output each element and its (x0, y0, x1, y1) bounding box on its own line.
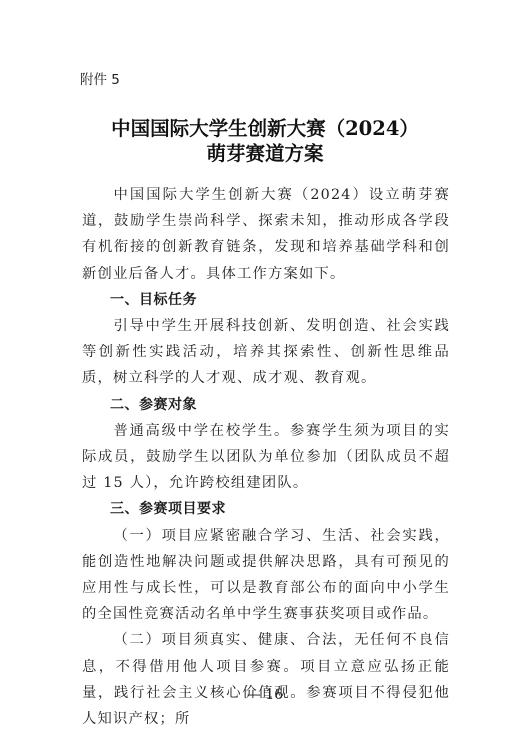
page-number: — 16 (0, 687, 530, 703)
section-paragraph: 引导中学生开展科技创新、发明创造、社会实践等创新性实践活动，培养其探索性、创新性… (82, 313, 450, 392)
document-body: 中国国际大学生创新大赛（2024）设立萌芽赛道，鼓励学生崇尚科学、探索未知，推动… (82, 182, 450, 732)
section-heading-participants: 二、参赛对象 (82, 392, 450, 418)
attachment-label: 附件 5 (80, 68, 120, 88)
intro-paragraph: 中国国际大学生创新大赛（2024）设立萌芽赛道，鼓励学生崇尚科学、探索未知，推动… (82, 182, 450, 287)
document-title-line2: 萌芽赛道方案 (0, 138, 530, 166)
section-paragraph: 普通高级中学在校学生。参赛学生须为项目的实际成员，鼓励学生以团队为单位参加（团队… (82, 418, 450, 497)
section-paragraph: （一）项目应紧密融合学习、生活、社会实践，能创造性地解决问题或提供解决思路，具有… (82, 523, 450, 628)
section-heading-project-requirements: 三、参赛项目要求 (82, 496, 450, 522)
section-heading-goals: 一、目标任务 (82, 287, 450, 313)
section-paragraph: （二）项目须真实、健康、合法，无任何不良信息，不得借用他人项目参赛。项目立意应弘… (82, 627, 450, 732)
document-title-line1: 中国国际大学生创新大赛（2024） (0, 113, 530, 141)
